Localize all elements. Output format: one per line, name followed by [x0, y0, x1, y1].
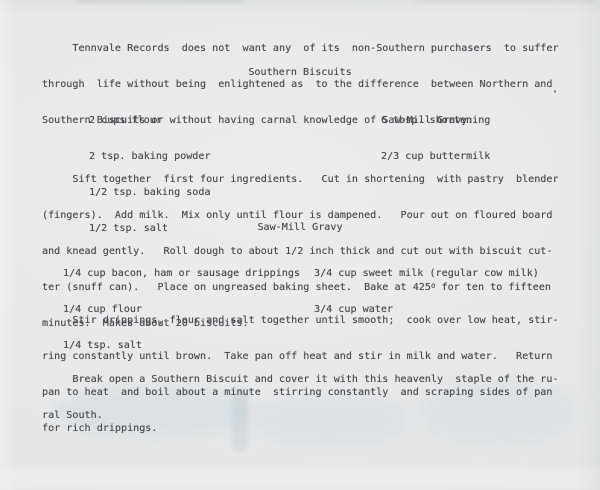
scanned-recipe-page: Tennvale Records does not want any of it… [0, 0, 600, 490]
method-line: (fingers). Add milk. Mix only until flou… [42, 210, 559, 222]
southern-biscuits-heading: Southern Biscuits [0, 67, 600, 79]
paper-texture-top-smudge-right [415, 0, 595, 2]
paper-texture-top-smudge-left [75, 0, 245, 3]
ingredient-line: 2 cups flour [89, 115, 211, 127]
intro-line: Tennvale Records does not want any of it… [42, 43, 559, 55]
intro-line: through life without being enlightened a… [42, 79, 559, 91]
method-line: Sift together first four ingredients. Cu… [42, 174, 559, 186]
closing-paragraph: Break open a Southern Biscuit and cover … [42, 350, 559, 446]
paper-texture-bottom-light-band [0, 468, 600, 490]
closing-line: ral South. [42, 410, 559, 422]
ingredient-line: 6 tbsp. shortening [381, 115, 490, 127]
method-line: Stir drippings, flour and salt together … [42, 315, 559, 327]
ingredient-line: 3/4 cup sweet milk (regular cow milk) [314, 268, 539, 280]
ingredient-line: 1/4 cup bacon, ham or sausage drippings [63, 268, 300, 280]
closing-line: Break open a Southern Biscuit and cover … [42, 374, 559, 386]
saw-mill-gravy-heading: Saw-Mill Gravy [0, 222, 600, 234]
